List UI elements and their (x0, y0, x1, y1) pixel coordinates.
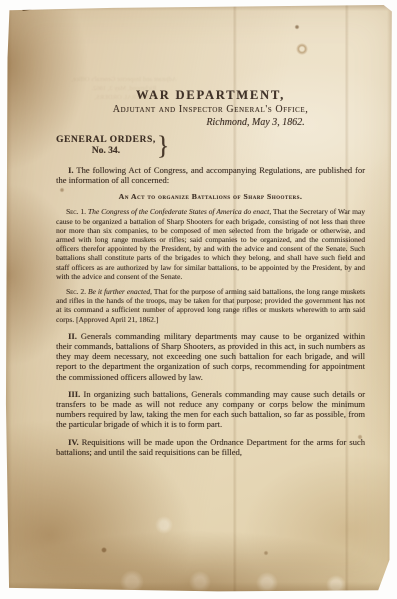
act-title: An Act to organize Battalions of Sharp S… (56, 192, 365, 201)
section-1: Sec. 1. The Congress of the Confederate … (56, 207, 365, 281)
paragraph-3: III. In organizing such battalions, Gene… (56, 389, 365, 430)
document-content: WAR DEPARTMENT, Adjutant and Inspector G… (56, 89, 365, 457)
document-title: WAR DEPARTMENT, (56, 89, 365, 102)
paragraph-2-numeral: II. (68, 331, 77, 341)
brace-glyph: } (157, 134, 169, 158)
paragraph-1-numeral: I. (68, 165, 74, 175)
paragraph-1-text: The following Act of Congress, and accom… (56, 165, 365, 185)
paragraph-2: II. Generals commanding military departm… (56, 331, 365, 382)
section-2: Sec. 2. Be it further enacted, That for … (56, 287, 365, 324)
general-orders-block: GENERAL ORDERS, No. 34. } (56, 134, 365, 158)
section-1-label: Sec. 1. (66, 207, 86, 216)
bleedthrough-line: Adjutant and Inspector General's Office, (59, 75, 189, 84)
general-orders-number: No. 34. (56, 146, 156, 157)
paragraph-2-text: Generals commanding military departments… (56, 331, 365, 382)
dateline: Richmond, May 3, 1862. (101, 117, 397, 129)
paragraph-3-text: In organizing such battalions, Generals … (56, 389, 365, 430)
pin-mark (22, 6, 37, 12)
paragraph-3-numeral: III. (68, 389, 80, 399)
office-subtitle: Adjutant and Inspector General's Office, (56, 104, 365, 116)
general-orders-label: GENERAL ORDERS, (56, 135, 156, 146)
paragraph-4-text: Requisitions will be made upon the Ordna… (56, 437, 365, 457)
paragraph-4-numeral: IV. (68, 437, 79, 447)
paragraph-1: I. The following Act of Congress, and ac… (56, 165, 365, 185)
section-2-enacting-clause: Be it further enacted, (88, 287, 152, 296)
section-1-text: That the Secretary of War may cause to b… (56, 207, 365, 280)
photo-background: Adjutant and Inspector General's Office,… (0, 0, 397, 599)
general-orders-lines: GENERAL ORDERS, No. 34. (56, 135, 156, 157)
section-2-label: Sec. 2. (66, 287, 86, 296)
paragraph-4: IV. Requisitions will be made upon the O… (56, 437, 365, 457)
document-page: Adjutant and Inspector General's Office,… (4, 5, 393, 592)
section-1-enacting-clause: The Congress of the Confederate States o… (88, 207, 271, 216)
